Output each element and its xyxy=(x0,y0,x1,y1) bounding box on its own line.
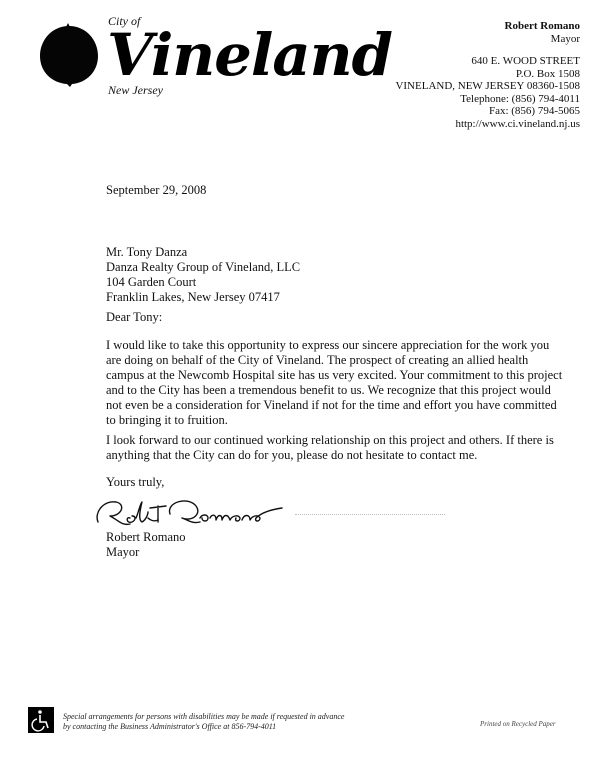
state-label: New Jersey xyxy=(108,83,163,98)
body-paragraph: I look forward to our continued working … xyxy=(106,433,566,463)
recipient-line: Franklin Lakes, New Jersey 07417 xyxy=(106,290,300,305)
official-block: Robert Romano Mayor xyxy=(505,20,580,46)
signature-line xyxy=(295,514,445,515)
salutation: Dear Tony: xyxy=(106,310,162,325)
accessibility-note: Special arrangements for persons with di… xyxy=(63,712,353,732)
address-block: 640 E. WOOD STREET P.O. Box 1508 VINELAN… xyxy=(395,55,580,131)
telephone-line: Telephone: (856) 794-4011 xyxy=(395,93,580,106)
official-title: Mayor xyxy=(505,33,580,46)
city-seal-logo xyxy=(38,22,100,88)
recycled-paper-note: Printed on Recycled Paper xyxy=(480,720,556,728)
recipient-line: Mr. Tony Danza xyxy=(106,245,300,260)
signer-title: Mayor xyxy=(106,545,186,560)
letter-date: September 29, 2008 xyxy=(106,183,206,198)
recipient-address: Mr. Tony Danza Danza Realty Group of Vin… xyxy=(106,245,300,305)
fax-line: Fax: (856) 794-5065 xyxy=(395,105,580,118)
recipient-line: 104 Garden Court xyxy=(106,275,300,290)
signer-block: Robert Romano Mayor xyxy=(106,530,186,560)
handwritten-signature xyxy=(92,494,302,530)
body-paragraph: I would like to take this opportunity to… xyxy=(106,338,566,428)
closing: Yours truly, xyxy=(106,475,164,490)
address-line: P.O. Box 1508 xyxy=(395,68,580,81)
address-line: 640 E. WOOD STREET xyxy=(395,55,580,68)
official-name: Robert Romano xyxy=(505,20,580,33)
wheelchair-icon xyxy=(28,707,54,733)
signer-name: Robert Romano xyxy=(106,530,186,545)
address-line: VINELAND, NEW JERSEY 08360-1508 xyxy=(395,80,580,93)
city-name-logo-text: Vineland xyxy=(107,25,392,85)
recipient-line: Danza Realty Group of Vineland, LLC xyxy=(106,260,300,275)
website-link[interactable]: http://www.ci.vineland.nj.us xyxy=(395,118,580,131)
